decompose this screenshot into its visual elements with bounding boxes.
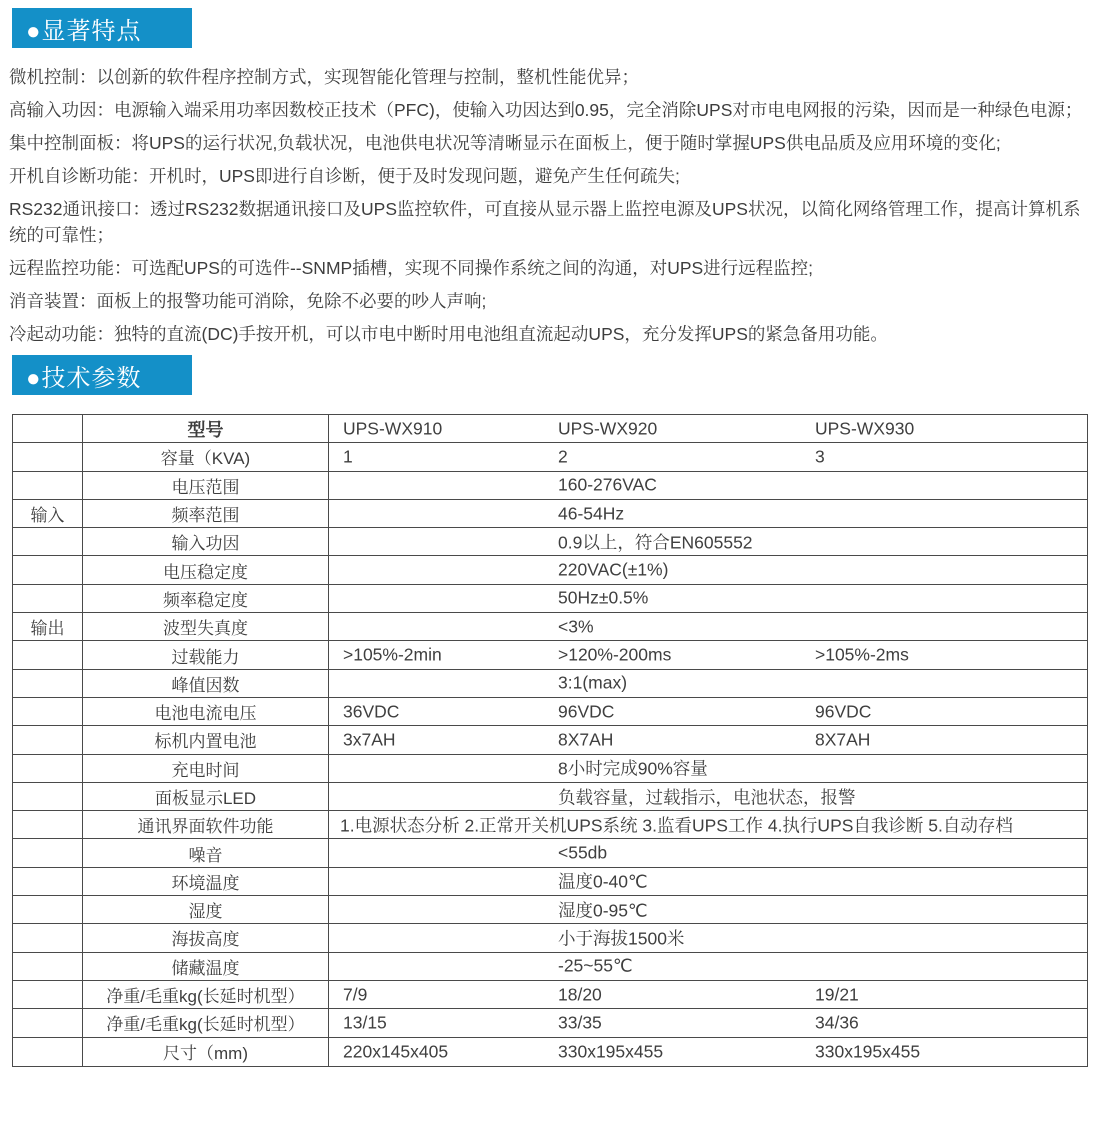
table-row: 通讯界面软件功能 1.电源状态分析 2.正常开关机UPS系统 3.监看UPS工作… bbox=[13, 811, 1087, 839]
table-row: 频率稳定度 50Hz±0.5% bbox=[13, 585, 1087, 613]
param-label-cell: 储藏温度 bbox=[83, 953, 329, 980]
group-cell bbox=[13, 528, 83, 555]
group-cell: 输入 bbox=[13, 500, 83, 527]
param-label-cell: 频率稳定度 bbox=[83, 585, 329, 612]
group-cell bbox=[13, 839, 83, 866]
features-list: 微机控制：以创新的软件程序控制方式，实现智能化管理与控制，整机性能优异； 高输入… bbox=[9, 64, 1092, 347]
value-col3: UPS-WX930 bbox=[815, 418, 914, 439]
value-col3: 96VDC bbox=[815, 701, 871, 722]
feature-item: 远程监控功能：可选配UPS的可选件--SNMP插槽，实现不同操作系统之间的沟通，… bbox=[9, 255, 1092, 281]
value-col3: 19/21 bbox=[815, 984, 859, 1005]
value-col3: >105%-2ms bbox=[815, 645, 909, 666]
group-cell bbox=[13, 755, 83, 782]
table-row: 型号 UPS-WX910UPS-WX920UPS-WX930 bbox=[13, 415, 1087, 443]
param-label-cell: 电池电流电压 bbox=[83, 698, 329, 725]
features-section-title: ●显著特点 bbox=[12, 8, 192, 48]
param-label-cell: 过载能力 bbox=[83, 641, 329, 668]
value-col1: UPS-WX910 bbox=[343, 418, 442, 439]
group-cell bbox=[13, 783, 83, 810]
spec-sheet-page: ●显著特点 微机控制：以创新的软件程序控制方式，实现智能化管理与控制，整机性能优… bbox=[0, 8, 1100, 1067]
value-col1: 13/15 bbox=[343, 1012, 387, 1033]
value-merged: 湿度0-95℃ bbox=[558, 897, 648, 922]
param-label-cell: 通讯界面软件功能 bbox=[83, 811, 329, 838]
value-cell: 36VDC96VDC96VDC bbox=[329, 698, 1087, 725]
table-row: 面板显示LED 负载容量，过载指示，电池状态，报警 bbox=[13, 783, 1087, 811]
value-merged: 3:1(max) bbox=[558, 673, 627, 694]
group-cell bbox=[13, 868, 83, 895]
value-merged: 1.电源状态分析 2.正常开关机UPS系统 3.监看UPS工作 4.执行UPS自… bbox=[340, 812, 1013, 837]
value-cell: 50Hz±0.5% bbox=[329, 585, 1087, 612]
table-row: 净重/毛重kg(长延时机型） 13/1533/3534/36 bbox=[13, 1009, 1087, 1037]
param-label-cell: 海拔高度 bbox=[83, 924, 329, 951]
value-merged: 小于海拔1500米 bbox=[558, 925, 684, 950]
value-cell: 负载容量，过载指示，电池状态，报警 bbox=[329, 783, 1087, 810]
table-row: 净重/毛重kg(长延时机型） 7/918/2019/21 bbox=[13, 981, 1087, 1009]
group-cell bbox=[13, 924, 83, 951]
value-cell: 小于海拔1500米 bbox=[329, 924, 1087, 951]
features-title-label: ●显著特点 bbox=[26, 11, 142, 46]
value-cell: 湿度0-95℃ bbox=[329, 896, 1087, 923]
group-cell: 输出 bbox=[13, 613, 83, 640]
table-row: 尺寸（mm) 220x145x405330x195x455330x195x455 bbox=[13, 1038, 1087, 1066]
value-col1: 1 bbox=[343, 446, 353, 467]
group-cell bbox=[13, 698, 83, 725]
value-merged: 220VAC(±1%) bbox=[558, 560, 668, 581]
param-label-cell: 型号 bbox=[83, 415, 329, 442]
value-cell: 46-54Hz bbox=[329, 500, 1087, 527]
group-cell bbox=[13, 556, 83, 583]
group-cell bbox=[13, 443, 83, 470]
feature-item: 高输入功因：电源输入端采用功率因数校正技术（PFC)，使输入功因达到0.95，完… bbox=[9, 97, 1092, 123]
value-cell: UPS-WX910UPS-WX920UPS-WX930 bbox=[329, 415, 1087, 442]
value-col3: 330x195x455 bbox=[815, 1041, 920, 1062]
value-merged: 160-276VAC bbox=[558, 475, 657, 496]
param-label-cell: 波型失真度 bbox=[83, 613, 329, 640]
feature-item: 集中控制面板：将UPS的运行状况,负载状况，电池供电状况等清晰显示在面板上，便于… bbox=[9, 130, 1092, 156]
value-cell: 0.9以上，符合EN605552 bbox=[329, 528, 1087, 555]
value-cell: 13/1533/3534/36 bbox=[329, 1009, 1087, 1036]
value-col2: 33/35 bbox=[558, 1012, 602, 1033]
group-cell bbox=[13, 811, 83, 838]
feature-item: 冷起动功能：独特的直流(DC)手按开机，可以市电中断时用电池组直流起动UPS，充… bbox=[9, 321, 1092, 347]
value-col2: UPS-WX920 bbox=[558, 418, 657, 439]
group-cell bbox=[13, 953, 83, 980]
value-cell: <55db bbox=[329, 839, 1087, 866]
value-cell: >105%-2min>120%-200ms>105%-2ms bbox=[329, 641, 1087, 668]
value-col1: 220x145x405 bbox=[343, 1041, 448, 1062]
value-col1: 3x7AH bbox=[343, 729, 396, 750]
group-cell bbox=[13, 896, 83, 923]
param-label-cell: 频率范围 bbox=[83, 500, 329, 527]
param-label-cell: 面板显示LED bbox=[83, 783, 329, 810]
table-row: 电压范围 160-276VAC bbox=[13, 472, 1087, 500]
param-label-cell: 环境温度 bbox=[83, 868, 329, 895]
value-col1: >105%-2min bbox=[343, 645, 442, 666]
value-merged: 负载容量，过载指示，电池状态，报警 bbox=[558, 784, 856, 809]
value-cell: 7/918/2019/21 bbox=[329, 981, 1087, 1008]
param-label-cell: 标机内置电池 bbox=[83, 726, 329, 753]
param-label-cell: 净重/毛重kg(长延时机型） bbox=[83, 1009, 329, 1036]
feature-item: RS232通讯接口：透过RS232数据通讯接口及UPS监控软件，可直接从显示器上… bbox=[9, 196, 1092, 248]
group-cell bbox=[13, 726, 83, 753]
param-label-cell: 尺寸（mm) bbox=[83, 1038, 329, 1066]
group-cell bbox=[13, 1009, 83, 1036]
table-row: 标机内置电池 3x7AH8X7AH8X7AH bbox=[13, 726, 1087, 754]
table-row: 电压稳定度 220VAC(±1%) bbox=[13, 556, 1087, 584]
value-cell: 3x7AH8X7AH8X7AH bbox=[329, 726, 1087, 753]
table-row: 容量（KVA) 123 bbox=[13, 443, 1087, 471]
table-row: 充电时间 8小时完成90%容量 bbox=[13, 755, 1087, 783]
value-cell: 温度0-40℃ bbox=[329, 868, 1087, 895]
param-label-cell: 峰值因数 bbox=[83, 670, 329, 697]
value-merged: <55db bbox=[558, 843, 607, 864]
param-label-cell: 充电时间 bbox=[83, 755, 329, 782]
table-row: 环境温度 温度0-40℃ bbox=[13, 868, 1087, 896]
value-cell: 1.电源状态分析 2.正常开关机UPS系统 3.监看UPS工作 4.执行UPS自… bbox=[329, 811, 1087, 838]
param-label-cell: 容量（KVA) bbox=[83, 443, 329, 470]
param-label-cell: 净重/毛重kg(长延时机型） bbox=[83, 981, 329, 1008]
value-col2: 96VDC bbox=[558, 701, 614, 722]
value-cell: 123 bbox=[329, 443, 1087, 470]
value-merged: 0.9以上，符合EN605552 bbox=[558, 529, 753, 554]
group-cell bbox=[13, 670, 83, 697]
group-cell bbox=[13, 641, 83, 668]
feature-item: 微机控制：以创新的软件程序控制方式，实现智能化管理与控制，整机性能优异； bbox=[9, 64, 1092, 90]
group-cell bbox=[13, 1038, 83, 1066]
value-merged: -25~55℃ bbox=[558, 956, 633, 977]
table-row: 湿度 湿度0-95℃ bbox=[13, 896, 1087, 924]
group-cell bbox=[13, 981, 83, 1008]
feature-item: 开机自诊断功能：开机时，UPS即进行自诊断，便于及时发现问题，避免产生任何疏失; bbox=[9, 163, 1092, 189]
spec-table: 型号 UPS-WX910UPS-WX920UPS-WX930 容量（KVA) 1… bbox=[12, 414, 1088, 1067]
table-row: 输入 频率范围 46-54Hz bbox=[13, 500, 1087, 528]
value-col1: 36VDC bbox=[343, 701, 399, 722]
value-col2: 330x195x455 bbox=[558, 1041, 663, 1062]
table-row: 输出 波型失真度 <3% bbox=[13, 613, 1087, 641]
group-cell bbox=[13, 585, 83, 612]
group-cell bbox=[13, 472, 83, 499]
specs-title-label: ●技术参数 bbox=[26, 358, 142, 393]
value-col3: 34/36 bbox=[815, 1012, 859, 1033]
value-cell: <3% bbox=[329, 613, 1087, 640]
value-col1: 7/9 bbox=[343, 984, 367, 1005]
specs-section-title: ●技术参数 bbox=[12, 355, 192, 395]
value-cell: 3:1(max) bbox=[329, 670, 1087, 697]
value-cell: -25~55℃ bbox=[329, 953, 1087, 980]
table-row: 储藏温度 -25~55℃ bbox=[13, 953, 1087, 981]
param-label-cell: 湿度 bbox=[83, 896, 329, 923]
value-col2: 2 bbox=[558, 446, 568, 467]
table-row: 电池电流电压 36VDC96VDC96VDC bbox=[13, 698, 1087, 726]
value-col3: 8X7AH bbox=[815, 729, 870, 750]
value-merged: 温度0-40℃ bbox=[558, 869, 648, 894]
value-cell: 220VAC(±1%) bbox=[329, 556, 1087, 583]
value-merged: 50Hz±0.5% bbox=[558, 588, 648, 609]
value-col3: 3 bbox=[815, 446, 825, 467]
value-merged: <3% bbox=[558, 616, 594, 637]
value-col2: 8X7AH bbox=[558, 729, 613, 750]
table-row: 过载能力 >105%-2min>120%-200ms>105%-2ms bbox=[13, 641, 1087, 669]
table-row: 噪音 <55db bbox=[13, 839, 1087, 867]
value-merged: 8小时完成90%容量 bbox=[558, 756, 708, 781]
value-cell: 8小时完成90%容量 bbox=[329, 755, 1087, 782]
table-row: 输入功因 0.9以上，符合EN605552 bbox=[13, 528, 1087, 556]
value-cell: 160-276VAC bbox=[329, 472, 1087, 499]
table-row: 海拔高度 小于海拔1500米 bbox=[13, 924, 1087, 952]
param-label-cell: 噪音 bbox=[83, 839, 329, 866]
value-cell: 220x145x405330x195x455330x195x455 bbox=[329, 1038, 1087, 1066]
group-cell bbox=[13, 415, 83, 442]
param-label-cell: 输入功因 bbox=[83, 528, 329, 555]
value-merged: 46-54Hz bbox=[558, 503, 624, 524]
value-col2: 18/20 bbox=[558, 984, 602, 1005]
param-label-cell: 电压稳定度 bbox=[83, 556, 329, 583]
param-label-cell: 电压范围 bbox=[83, 472, 329, 499]
feature-item: 消音装置：面板上的报警功能可消除，免除不必要的吵人声响; bbox=[9, 288, 1092, 314]
table-row: 峰值因数 3:1(max) bbox=[13, 670, 1087, 698]
value-col2: >120%-200ms bbox=[558, 645, 671, 666]
